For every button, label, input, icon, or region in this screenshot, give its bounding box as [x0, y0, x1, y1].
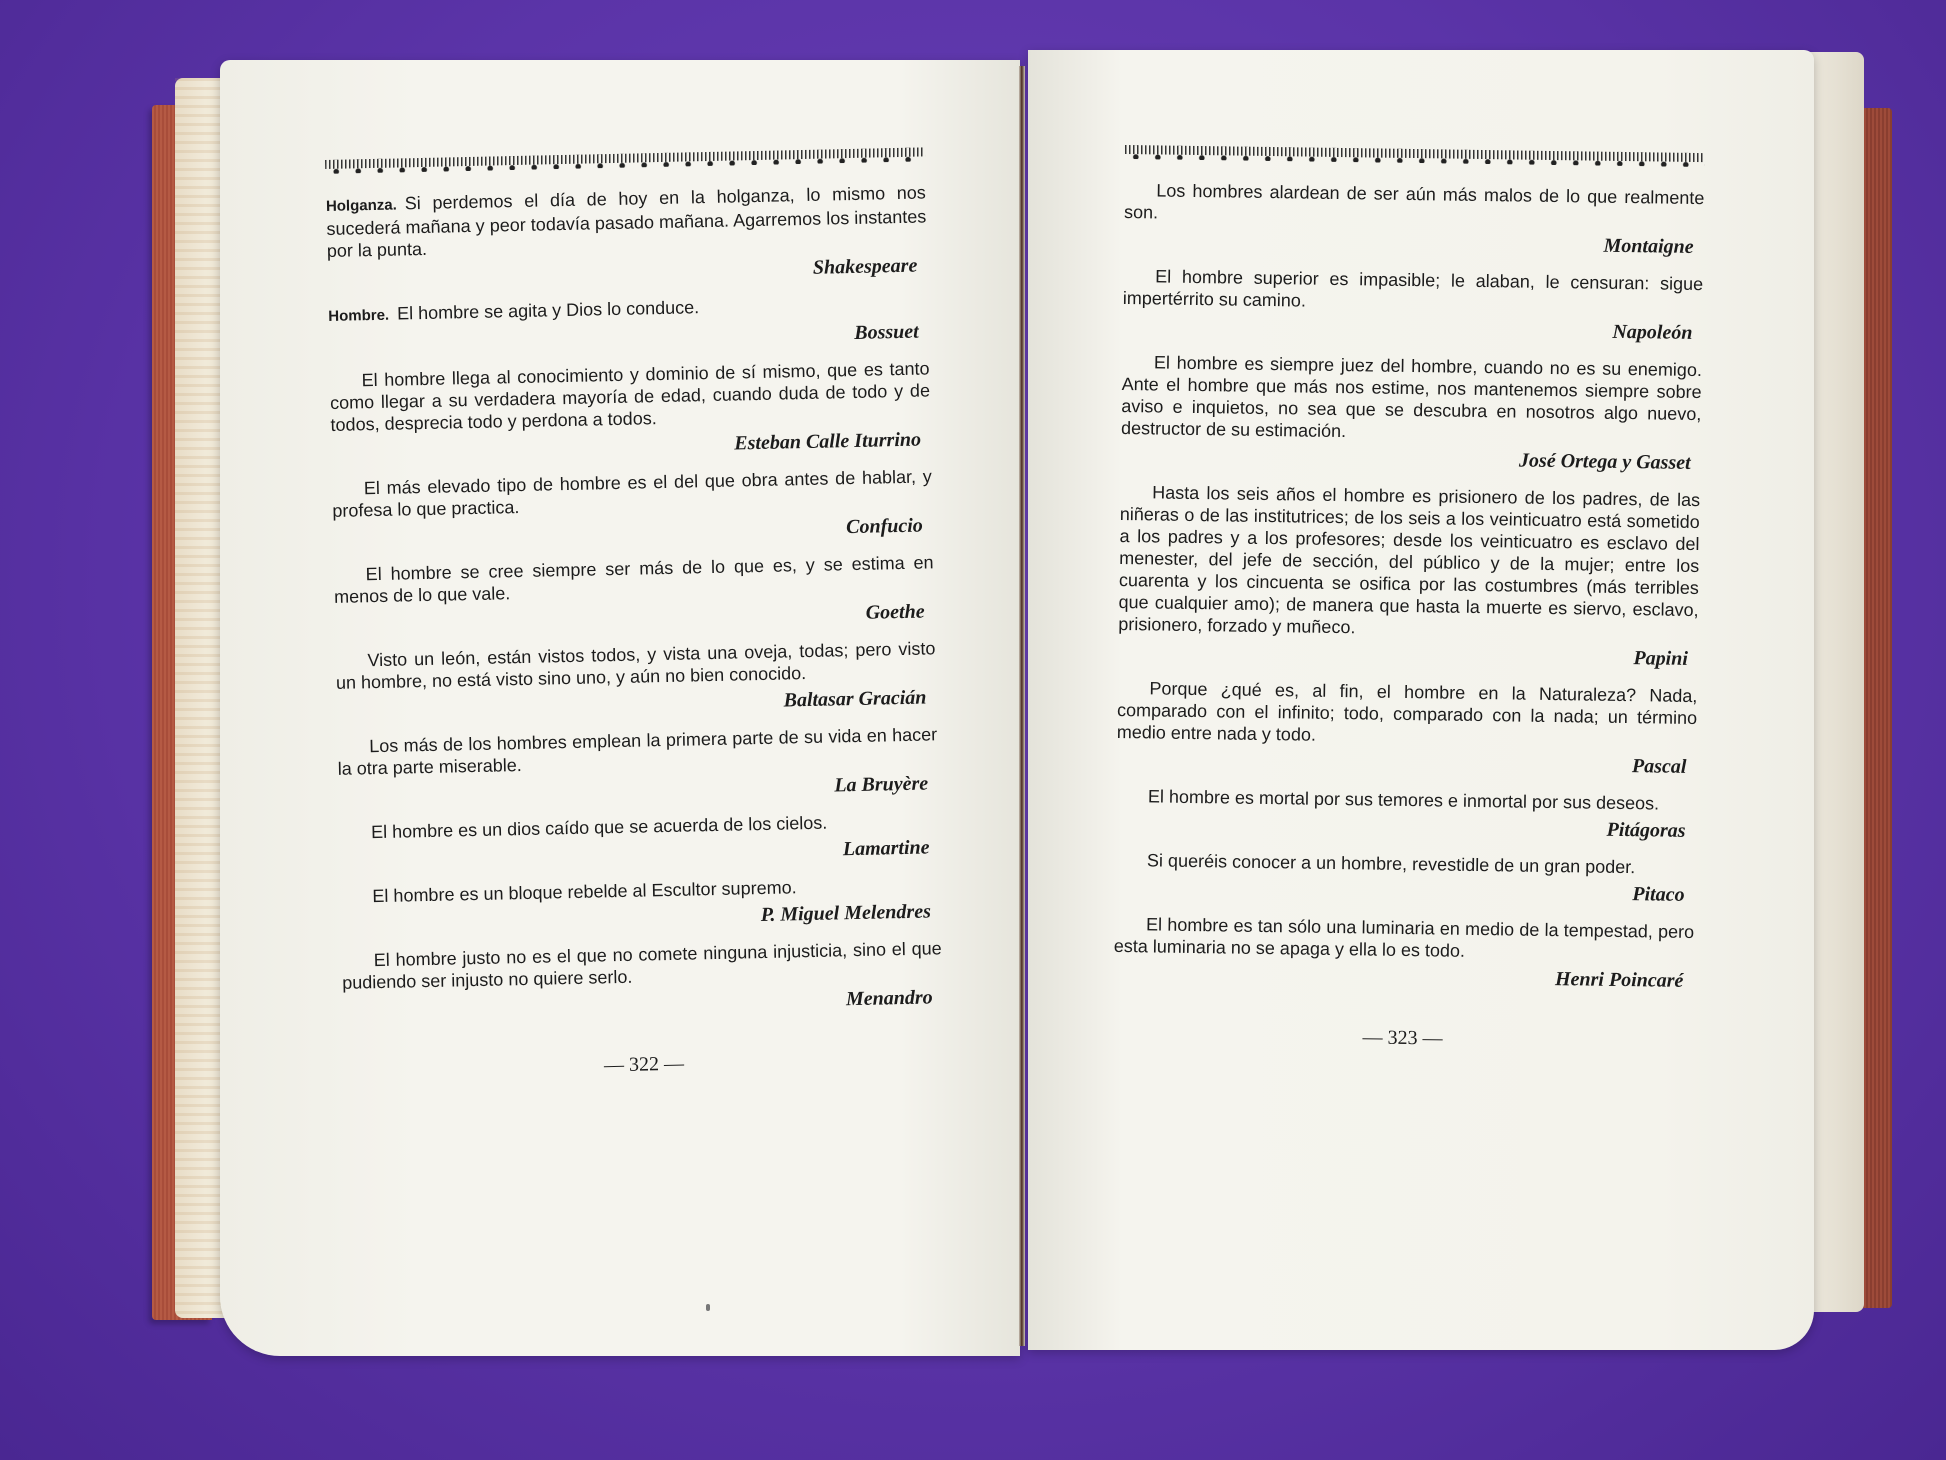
quote-entry: El hombre justo no es el que no comete n… [342, 937, 943, 1022]
topic-heading: Hombre. [328, 307, 389, 325]
quote-body: Los más de los hombres emplean la primer… [338, 724, 938, 779]
quote-entry: Los más de los hombres emplean la primer… [337, 723, 938, 808]
quote-text: El hombre justo no es el que no comete n… [342, 937, 943, 994]
quote-text: El hombre se cree siempre ser más de lo … [333, 551, 934, 608]
quote-entry: Hasta los seis años el hombre es prision… [1118, 481, 1700, 671]
quote-body: El hombre se cree siempre ser más de lo … [334, 552, 934, 607]
right-page-content: Los hombres alardean de ser aún más malo… [1112, 145, 1705, 1053]
quote-body: El hombre es siempre juez del hombre, cu… [1121, 352, 1702, 441]
quote-body: Hasta los seis años el hombre es prision… [1118, 482, 1700, 637]
quote-entry: Holganza.Si perdemos el día de hoy en la… [326, 181, 928, 290]
quote-entry: El hombre es un bloque rebelde al Escult… [340, 873, 941, 936]
left-page-content: Holganza.Si perdemos el día de hoy en la… [325, 147, 944, 1081]
quote-body: El hombre es mortal por sus temores e in… [1148, 786, 1659, 813]
topic-heading: Holganza. [326, 197, 397, 215]
quote-entry: Los hombres alardean de ser aún más malo… [1124, 179, 1705, 259]
quote-entry: Visto un león, están vistos todos, y vis… [335, 637, 936, 722]
quote-body: El hombre es tan sólo una luminaria en m… [1114, 914, 1695, 960]
quote-body: El hombre se agita y Dios lo conduce. [397, 297, 700, 323]
quote-text: Los más de los hombres emplean la primer… [337, 723, 938, 780]
quote-list: Los hombres alardean de ser aún más malo… [1113, 179, 1704, 993]
quote-body: El más elevado tipo de hombre es el del … [332, 466, 932, 521]
quote-body: Los hombres alardean de ser aún más malo… [1124, 180, 1705, 222]
quote-text: Hasta los seis años el hombre es prision… [1118, 481, 1700, 643]
quote-entry: El más elevado tipo de hombre es el del … [332, 465, 933, 550]
quote-entry: El hombre llega al conocimiento y domini… [329, 357, 931, 464]
quote-body: Porque ¿qué es, al fin, el hombre en la … [1117, 678, 1698, 744]
quote-entry: El hombre es siempre juez del hombre, cu… [1121, 351, 1703, 475]
quote-list: Holganza.Si perdemos el día de hoy en la… [326, 181, 943, 1021]
quote-body: Visto un león, están vistos todos, y vis… [336, 638, 936, 693]
quote-body: El hombre superior es impasible; le alab… [1123, 266, 1704, 310]
quote-entry: El hombre superior es impasible; le alab… [1122, 265, 1703, 345]
quote-author: Montaigne [1124, 227, 1704, 259]
quote-entry: Si queréis conocer a un hombre, revestid… [1114, 849, 1695, 907]
quote-body: Si queréis conocer a un hombre, revestid… [1147, 850, 1636, 877]
quote-author: Napoleón [1122, 313, 1702, 345]
paper-speck [706, 1304, 710, 1311]
quote-text: El hombre es mortal por sus temores e in… [1116, 785, 1696, 815]
quote-text: El hombre llega al conocimiento y domini… [329, 357, 930, 436]
quote-entry: Porque ¿qué es, al fin, el hombre en la … [1116, 677, 1697, 779]
quote-author: Pitágoras [1115, 811, 1695, 843]
quote-body: El hombre llega al conocimiento y domini… [330, 358, 930, 435]
quote-author: Henri Poincaré [1113, 961, 1693, 993]
quote-entry: El hombre es tan sólo una luminaria en m… [1113, 913, 1694, 993]
quote-text: Los hombres alardean de ser aún más malo… [1124, 179, 1705, 231]
quote-text: El más elevado tipo de hombre es el del … [332, 465, 933, 522]
quote-body: Si perdemos el día de hoy en la holganza… [326, 182, 926, 261]
quote-entry: Hombre.El hombre se agita y Dios lo cond… [328, 291, 929, 356]
quote-text: Holganza.Si perdemos el día de hoy en la… [326, 181, 927, 262]
quote-text: El hombre es tan sólo una luminaria en m… [1114, 913, 1695, 965]
quote-text: Si queréis conocer a un hombre, revestid… [1115, 849, 1695, 879]
photo-scene: Holganza.Si perdemos el día de hoy en la… [0, 0, 1946, 1460]
quote-body: El hombre es un dios caído que se acuerd… [371, 813, 828, 843]
quote-entry: El hombre es un dios caído que se acuerd… [339, 809, 940, 872]
quote-author: Pitaco [1114, 875, 1694, 907]
quote-text: El hombre es siempre juez del hombre, cu… [1121, 351, 1702, 447]
quote-author: Pascal [1116, 747, 1696, 779]
quote-text: Porque ¿qué es, al fin, el hombre en la … [1117, 677, 1698, 751]
quote-author: José Ortega y Gasset [1121, 443, 1701, 475]
quote-body: El hombre es un bloque rebelde al Escult… [372, 877, 797, 906]
quote-text: Visto un león, están vistos todos, y vis… [335, 637, 936, 694]
quote-text: El hombre superior es impasible; le alab… [1123, 265, 1704, 317]
quote-body: El hombre justo no es el que no comete n… [342, 938, 942, 993]
book-gutter [1019, 66, 1025, 1346]
quote-author: Papini [1118, 639, 1698, 671]
quote-entry: El hombre es mortal por sus temores e in… [1115, 785, 1696, 843]
quote-entry: El hombre se cree siempre ser más de lo … [333, 551, 934, 636]
